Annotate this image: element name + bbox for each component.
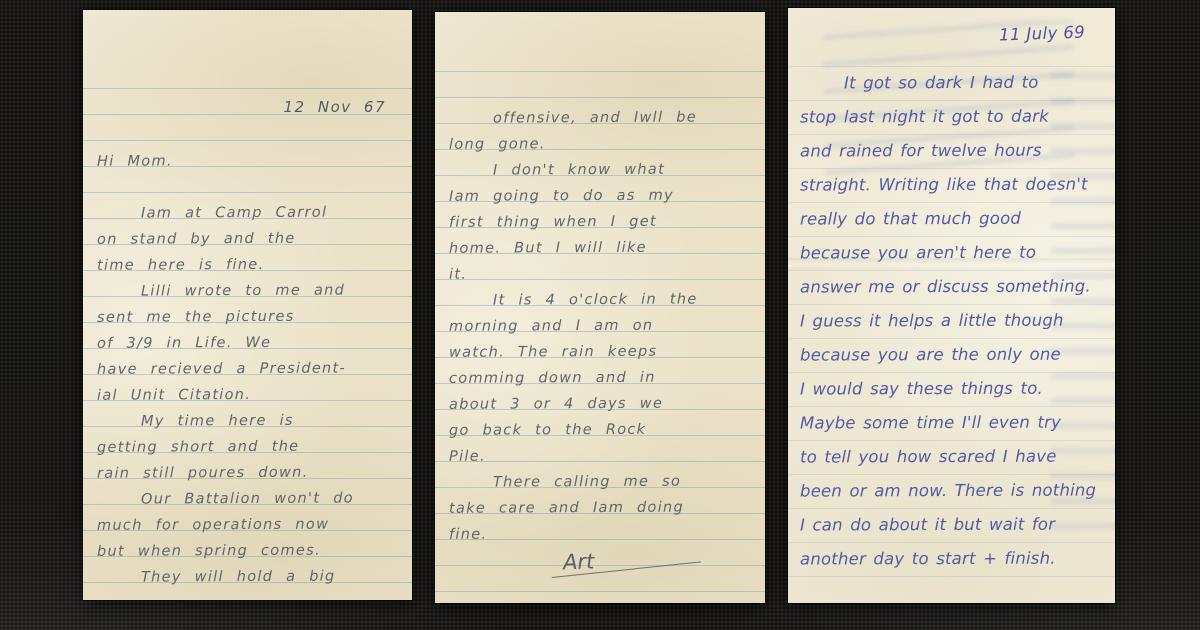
letter-line: Our Battalion won't do xyxy=(97,485,408,513)
letter-line: comming down and in xyxy=(449,364,761,392)
letter-line: It got so dark I had to xyxy=(800,65,1113,100)
letter-line: My time here is xyxy=(97,407,408,435)
letter-line: have recieved a President- xyxy=(97,355,408,383)
letter-line: time here is fine. xyxy=(97,251,408,279)
letter-line: I don't know what xyxy=(449,156,761,184)
letter-line: There calling me so xyxy=(449,468,761,496)
letter-line xyxy=(97,173,408,201)
letter-line: Iam going to do as my xyxy=(449,182,761,210)
letter-date: 11 July 69 xyxy=(999,23,1086,45)
letter-page-12nov67-page1: 12 Nov 67 Hi Mom. Iam at Camp Carrolon s… xyxy=(83,10,412,600)
letter-line: offensive, and Iwll be xyxy=(449,104,761,132)
letter-line: first thing when I get xyxy=(449,208,761,236)
letter-line: but when spring comes. xyxy=(97,537,408,565)
letter-line: rain still poures down. xyxy=(97,459,408,487)
letter-line: because you are the only one xyxy=(800,337,1113,372)
letter-line: watch. The rain keeps xyxy=(449,338,761,366)
letter-line: answer me or discuss something. xyxy=(800,269,1113,304)
letter-line: getting short and the xyxy=(97,433,408,461)
letter-line: long gone. xyxy=(449,130,761,158)
letter-page-11jul69: 11 July 69 It got so dark I had tostop l… xyxy=(788,8,1115,603)
letter-line: straight. Writing like that doesn't xyxy=(800,167,1113,202)
letters-collage: 12 Nov 67 Hi Mom. Iam at Camp Carrolon s… xyxy=(0,0,1200,630)
letter-line: take care and Iam doing xyxy=(449,494,761,522)
letter-line: to tell you how scared I have xyxy=(800,439,1113,474)
letter-line: go back to the Rock xyxy=(449,416,761,444)
signature: Art xyxy=(563,546,702,573)
letter-line: been or am now. There is nothing xyxy=(800,473,1113,508)
letter-line: much for operations now xyxy=(97,511,408,539)
letter-line: I would say these things to. xyxy=(800,371,1113,406)
letter-line: of 3/9 in Life. We xyxy=(97,329,408,357)
letter-line: another day to start + finish. xyxy=(800,541,1113,576)
letter-line: because you aren't here to xyxy=(800,235,1113,270)
letter-line: home. But I will like xyxy=(449,234,761,262)
letter-line: really do that much good xyxy=(800,201,1113,236)
letter-line: it. xyxy=(449,260,761,288)
letter-body: offensive, and Iwll belong gone.I don't … xyxy=(449,105,761,547)
letter-line: morning and I am on xyxy=(449,312,761,340)
letter-line: It is 4 o'clock in the xyxy=(449,286,761,314)
letter-line: and rained for twelve hours xyxy=(800,133,1113,168)
letter-line: Pile. xyxy=(449,442,761,470)
letter-line: I guess it helps a little though xyxy=(800,303,1113,338)
letter-line: sent me the pictures xyxy=(97,303,408,331)
letter-line: fine. xyxy=(449,520,761,548)
letter-line: about 3 or 4 days we xyxy=(449,390,761,418)
letter-body: It got so dark I had tostop last night i… xyxy=(800,66,1113,576)
letter-line: stop last night it got to dark xyxy=(800,99,1113,134)
letter-page-12nov67-page2: offensive, and Iwll belong gone.I don't … xyxy=(435,12,765,603)
letter-line: Maybe some time I'll even try xyxy=(800,405,1113,440)
letter-line: Hi Mom. xyxy=(97,147,408,175)
letter-line: Iam at Camp Carrol xyxy=(97,199,408,227)
letter-line: ial Unit Citation. xyxy=(97,381,408,409)
letter-line: on stand by and the xyxy=(97,225,408,253)
letter-line: I can do about it but wait for xyxy=(800,507,1113,542)
letter-body: Hi Mom. Iam at Camp Carrolon stand by an… xyxy=(97,148,408,590)
letter-date: 12 Nov 67 xyxy=(284,98,387,116)
letter-line: They will hold a big xyxy=(97,563,408,591)
letter-line: Lilli wrote to me and xyxy=(97,277,408,305)
